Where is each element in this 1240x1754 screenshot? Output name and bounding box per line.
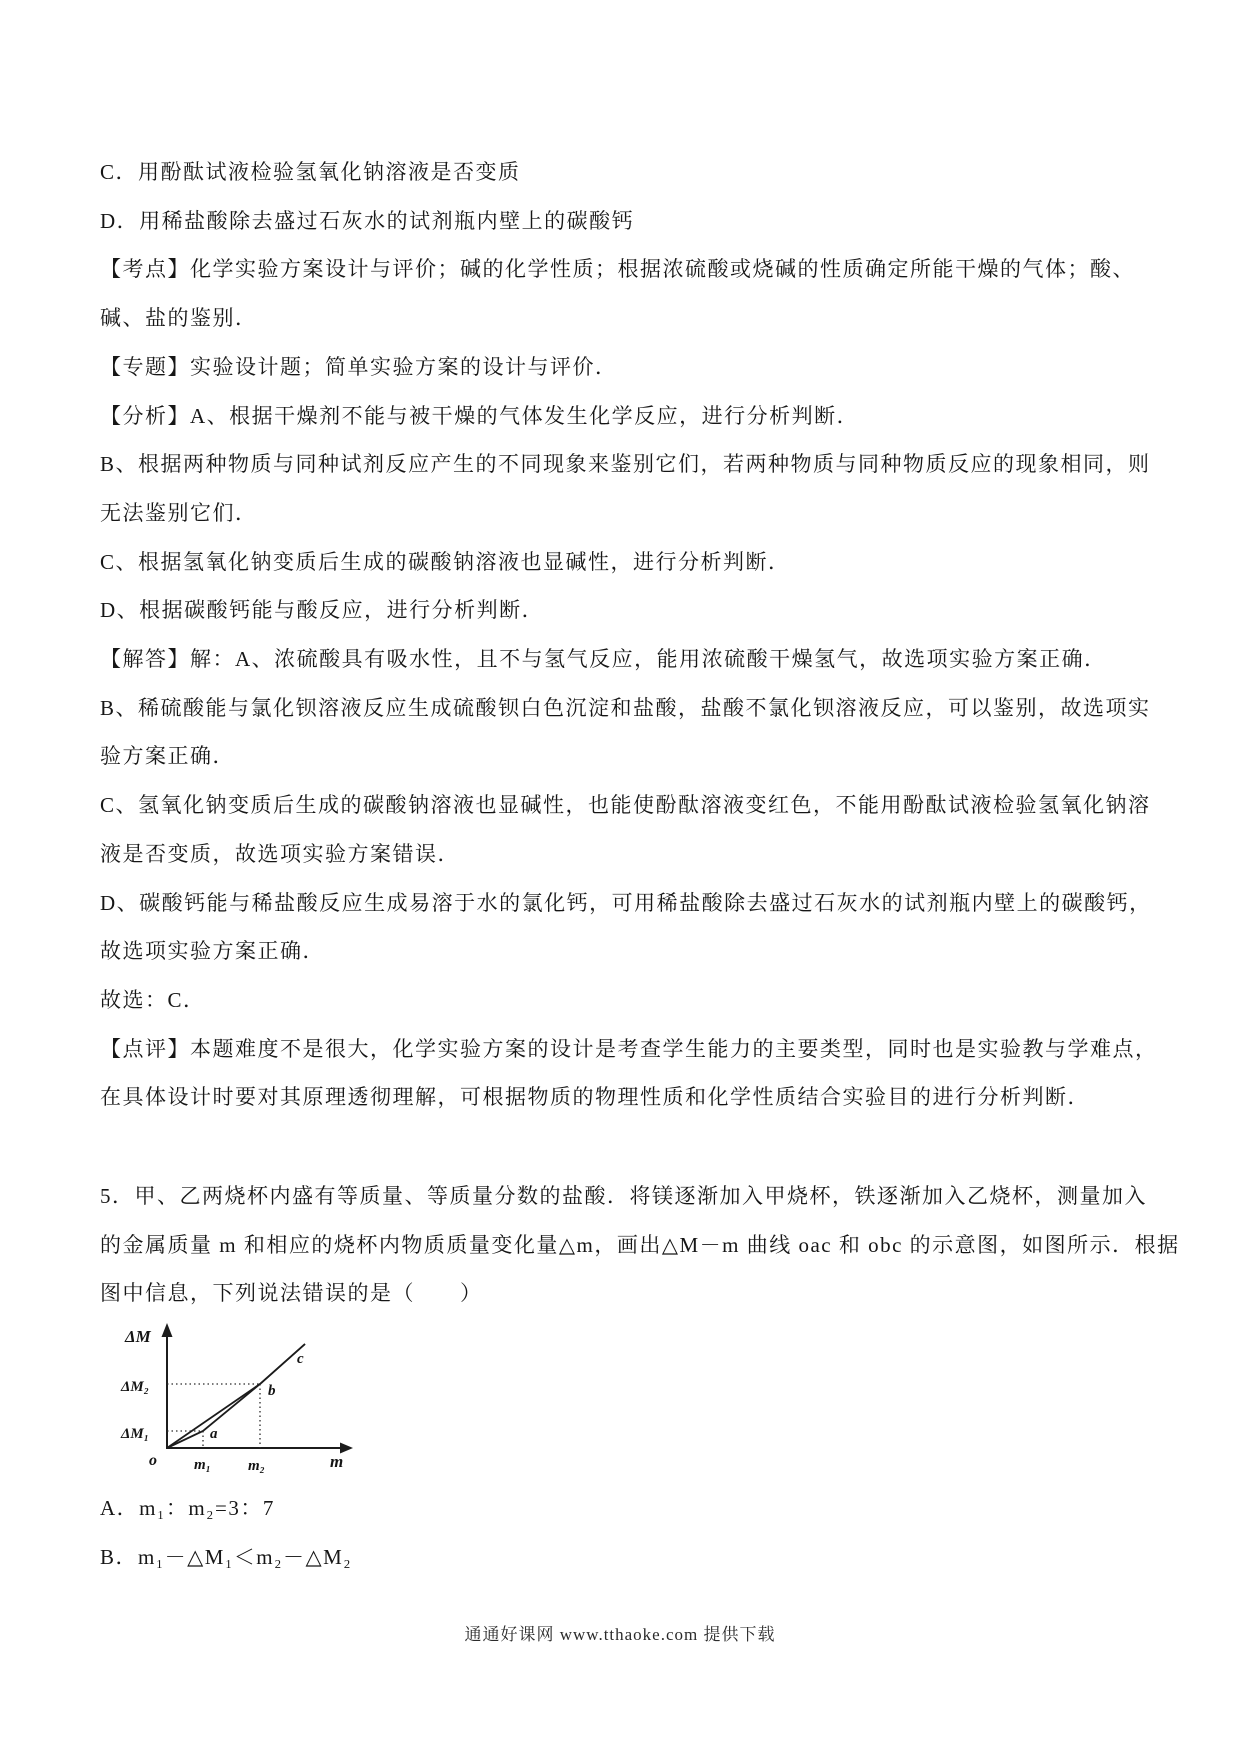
point-b-label: b: [268, 1383, 276, 1399]
text-line: B、稀硫酸能与氯化钡溶液反应生成硫酸钡白色沉淀和盐酸，盐酸不氯化钡溶液反应，可以…: [100, 684, 1146, 733]
text-line: 故选项实验方案正确．: [100, 927, 1146, 976]
text-line: 【考点】化学实验方案设计与评价；碱的化学性质；根据浓硫酸或烧碱的性质确定所能干燥…: [100, 245, 1146, 294]
question5-options-block: A．m₁：m₂=3：7 B．m₁－△M₁＜m₂－△M₂: [100, 1484, 1146, 1581]
y-axis-label: ΔM: [124, 1327, 152, 1346]
curve-chart-svg: ΔM ΔM₂ ΔM₁ o m₁ m₂ m a b c: [100, 1318, 370, 1476]
text-line: 5．甲、乙两烧杯内盛有等质量、等质量分数的盐酸．将镁逐渐加入甲烧杯，铁逐渐加入乙…: [100, 1172, 1146, 1221]
question4-analysis-block: C．用酚酞试液检验氢氧化钠溶液是否变质 D．用稀盐酸除去盛过石灰水的试剂瓶内壁上…: [100, 148, 1146, 1122]
text-line: 【点评】本题难度不是很大，化学实验方案的设计是考查学生能力的主要类型，同时也是实…: [100, 1025, 1146, 1074]
x-axis-label: m: [330, 1452, 343, 1471]
text-line: C．用酚酞试液检验氢氧化钠溶液是否变质: [100, 148, 1146, 197]
text-line: 故选：C．: [100, 976, 1146, 1025]
text-line: 【专题】实验设计题；简单实验方案的设计与评价．: [100, 343, 1146, 392]
text-line: D．用稀盐酸除去盛过石灰水的试剂瓶内壁上的碳酸钙: [100, 197, 1146, 246]
text-line: C、根据氢氧化钠变质后生成的碳酸钠溶液也显碱性，进行分析判断．: [100, 538, 1146, 587]
question5-stem-block: 5．甲、乙两烧杯内盛有等质量、等质量分数的盐酸．将镁逐渐加入甲烧杯，铁逐渐加入乙…: [100, 1172, 1146, 1318]
option-line: B．m₁－△M₁＜m₂－△M₂: [100, 1533, 1146, 1582]
y-tick-delta-m2: ΔM₂: [120, 1379, 149, 1395]
text-line: D、碳酸钙能与稀盐酸反应生成易溶于水的氯化钙，可用稀盐酸除去盛过石灰水的试剂瓶内…: [100, 879, 1146, 928]
curve-oac: [167, 1344, 305, 1448]
footer-text: 通通好课网 www.tthaoke.com 提供下载: [464, 1625, 775, 1644]
text-line: 液是否变质，故选项实验方案错误．: [100, 830, 1146, 879]
text-line: 图中信息，下列说法错误的是（ ）: [100, 1269, 1146, 1318]
page-footer: 通通好课网 www.tthaoke.com 提供下载: [0, 1620, 1240, 1645]
option-line: A．m₁：m₂=3：7: [100, 1484, 1146, 1533]
page-content: C．用酚酞试液检验氢氧化钠溶液是否变质 D．用稀盐酸除去盛过石灰水的试剂瓶内壁上…: [100, 148, 1146, 1582]
text-line: 验方案正确．: [100, 732, 1146, 781]
delta-m-curve-figure: ΔM ΔM₂ ΔM₁ o m₁ m₂ m a b c: [100, 1318, 370, 1476]
x-tick-m1: m₁: [194, 1457, 211, 1473]
point-a-label: a: [210, 1426, 218, 1442]
curve-obc: [167, 1344, 305, 1448]
text-line: D、根据碳酸钙能与酸反应，进行分析判断．: [100, 586, 1146, 635]
origin-label: o: [149, 1452, 157, 1469]
paragraph-gap: [100, 1122, 1146, 1172]
document-page: C．用酚酞试液检验氢氧化钠溶液是否变质 D．用稀盐酸除去盛过石灰水的试剂瓶内壁上…: [0, 0, 1240, 1754]
point-c-label: c: [297, 1351, 304, 1367]
x-tick-m2: m₂: [248, 1458, 265, 1474]
text-line: 【分析】A、根据干燥剂不能与被干燥的气体发生化学反应，进行分析判断．: [100, 392, 1146, 441]
text-line: 无法鉴别它们．: [100, 489, 1146, 538]
text-line: 在具体设计时要对其原理透彻理解，可根据物质的物理性质和化学性质结合实验目的进行分…: [100, 1073, 1146, 1122]
text-line: B、根据两种物质与同种试剂反应产生的不同现象来鉴别它们，若两种物质与同种物质反应…: [100, 440, 1146, 489]
text-line: 的金属质量 m 和相应的烧杯内物质质量变化量△m，画出△M－m 曲线 oac 和…: [100, 1221, 1146, 1270]
y-tick-delta-m1: ΔM₁: [120, 1426, 149, 1442]
text-line: 【解答】解：A、浓硫酸具有吸水性，且不与氢气反应，能用浓硫酸干燥氢气，故选项实验…: [100, 635, 1146, 684]
text-line: 碱、盐的鉴别．: [100, 294, 1146, 343]
y-axis-arrow-icon: [162, 1323, 173, 1337]
text-line: C、氢氧化钠变质后生成的碳酸钠溶液也显碱性，也能使酚酞溶液变红色，不能用酚酞试液…: [100, 781, 1146, 830]
